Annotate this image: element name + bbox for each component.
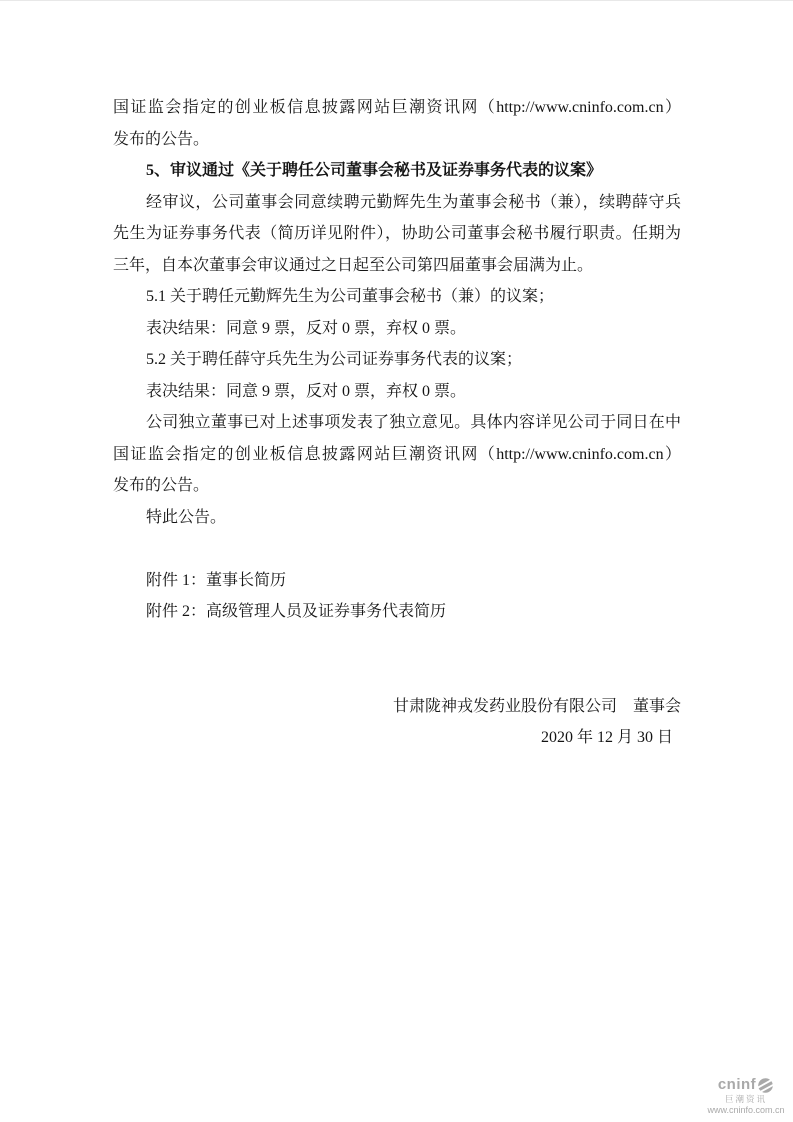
body-line-publish-notice-1: 发布的公告。 <box>113 124 681 156</box>
cninfo-url: www.cninfo.com.cn <box>707 1106 784 1116</box>
cninfo-brand-text: cninf <box>718 1077 756 1094</box>
signature-company-line: 甘肃陇神戎发药业股份有限公司 董事会 <box>113 691 681 723</box>
vote-result-line-2: 表决结果：同意 9 票，反对 0 票，弃权 0 票。 <box>113 376 681 408</box>
attachment-1-line: 附件 1：董事长简历 <box>113 565 681 597</box>
section-5-heading: 5、审议通过《关于聘任公司董事会秘书及证券事务代表的议案》 <box>113 155 681 187</box>
item-5-1-line: 5.1 关于聘任元勤辉先生为公司董事会秘书（兼）的议案； <box>113 281 681 313</box>
document-body: 国证监会指定的创业板信息披露网站巨潮资讯网（http://www.cninfo.… <box>113 92 681 754</box>
independent-director-paragraph-line-1: 公司独立董事已对上述事项发表了独立意见。具体内容详见公司于同日在中 <box>113 407 681 439</box>
section-5-paragraph-line-1: 经审议，公司董事会同意续聘元勤辉先生为董事会秘书（兼），续聘薛守兵 <box>113 187 681 219</box>
vote-result-line-1: 表决结果：同意 9 票，反对 0 票，弃权 0 票。 <box>113 313 681 345</box>
signature-date-line: 2020 年 12 月 30 日 <box>113 722 681 754</box>
cninfo-watermark: cninf 巨潮资讯 www.cninfo.com.cn <box>703 1077 789 1116</box>
body-line-publish-notice-2: 发布的公告。 <box>113 470 681 502</box>
cninfo-logo: cninf <box>718 1077 774 1094</box>
body-line-continuation-1: 国证监会指定的创业板信息披露网站巨潮资讯网（http://www.cninfo.… <box>113 92 681 124</box>
hereby-announce-line: 特此公告。 <box>113 502 681 534</box>
section-5-paragraph-line-2: 先生为证券事务代表（简历详见附件），协助公司董事会秘书履行职责。任期为 <box>113 218 681 250</box>
pdf-page: 国证监会指定的创业板信息披露网站巨潮资讯网（http://www.cninfo.… <box>0 0 793 1122</box>
attachment-2-line: 附件 2：高级管理人员及证券事务代表简历 <box>113 596 681 628</box>
cninfo-name-cn: 巨潮资讯 <box>725 1095 767 1104</box>
signature-block: 甘肃陇神戎发药业股份有限公司 董事会 2020 年 12 月 30 日 <box>113 691 681 754</box>
item-5-2-line: 5.2 关于聘任薛守兵先生为公司证券事务代表的议案； <box>113 344 681 376</box>
section-5-paragraph-line-3: 三年，自本次董事会审议通过之日起至公司第四届董事会届满为止。 <box>113 250 681 282</box>
independent-director-paragraph-line-2: 国证监会指定的创业板信息披露网站巨潮资讯网（http://www.cninfo.… <box>113 439 681 471</box>
swirl-globe-icon <box>757 1077 774 1094</box>
